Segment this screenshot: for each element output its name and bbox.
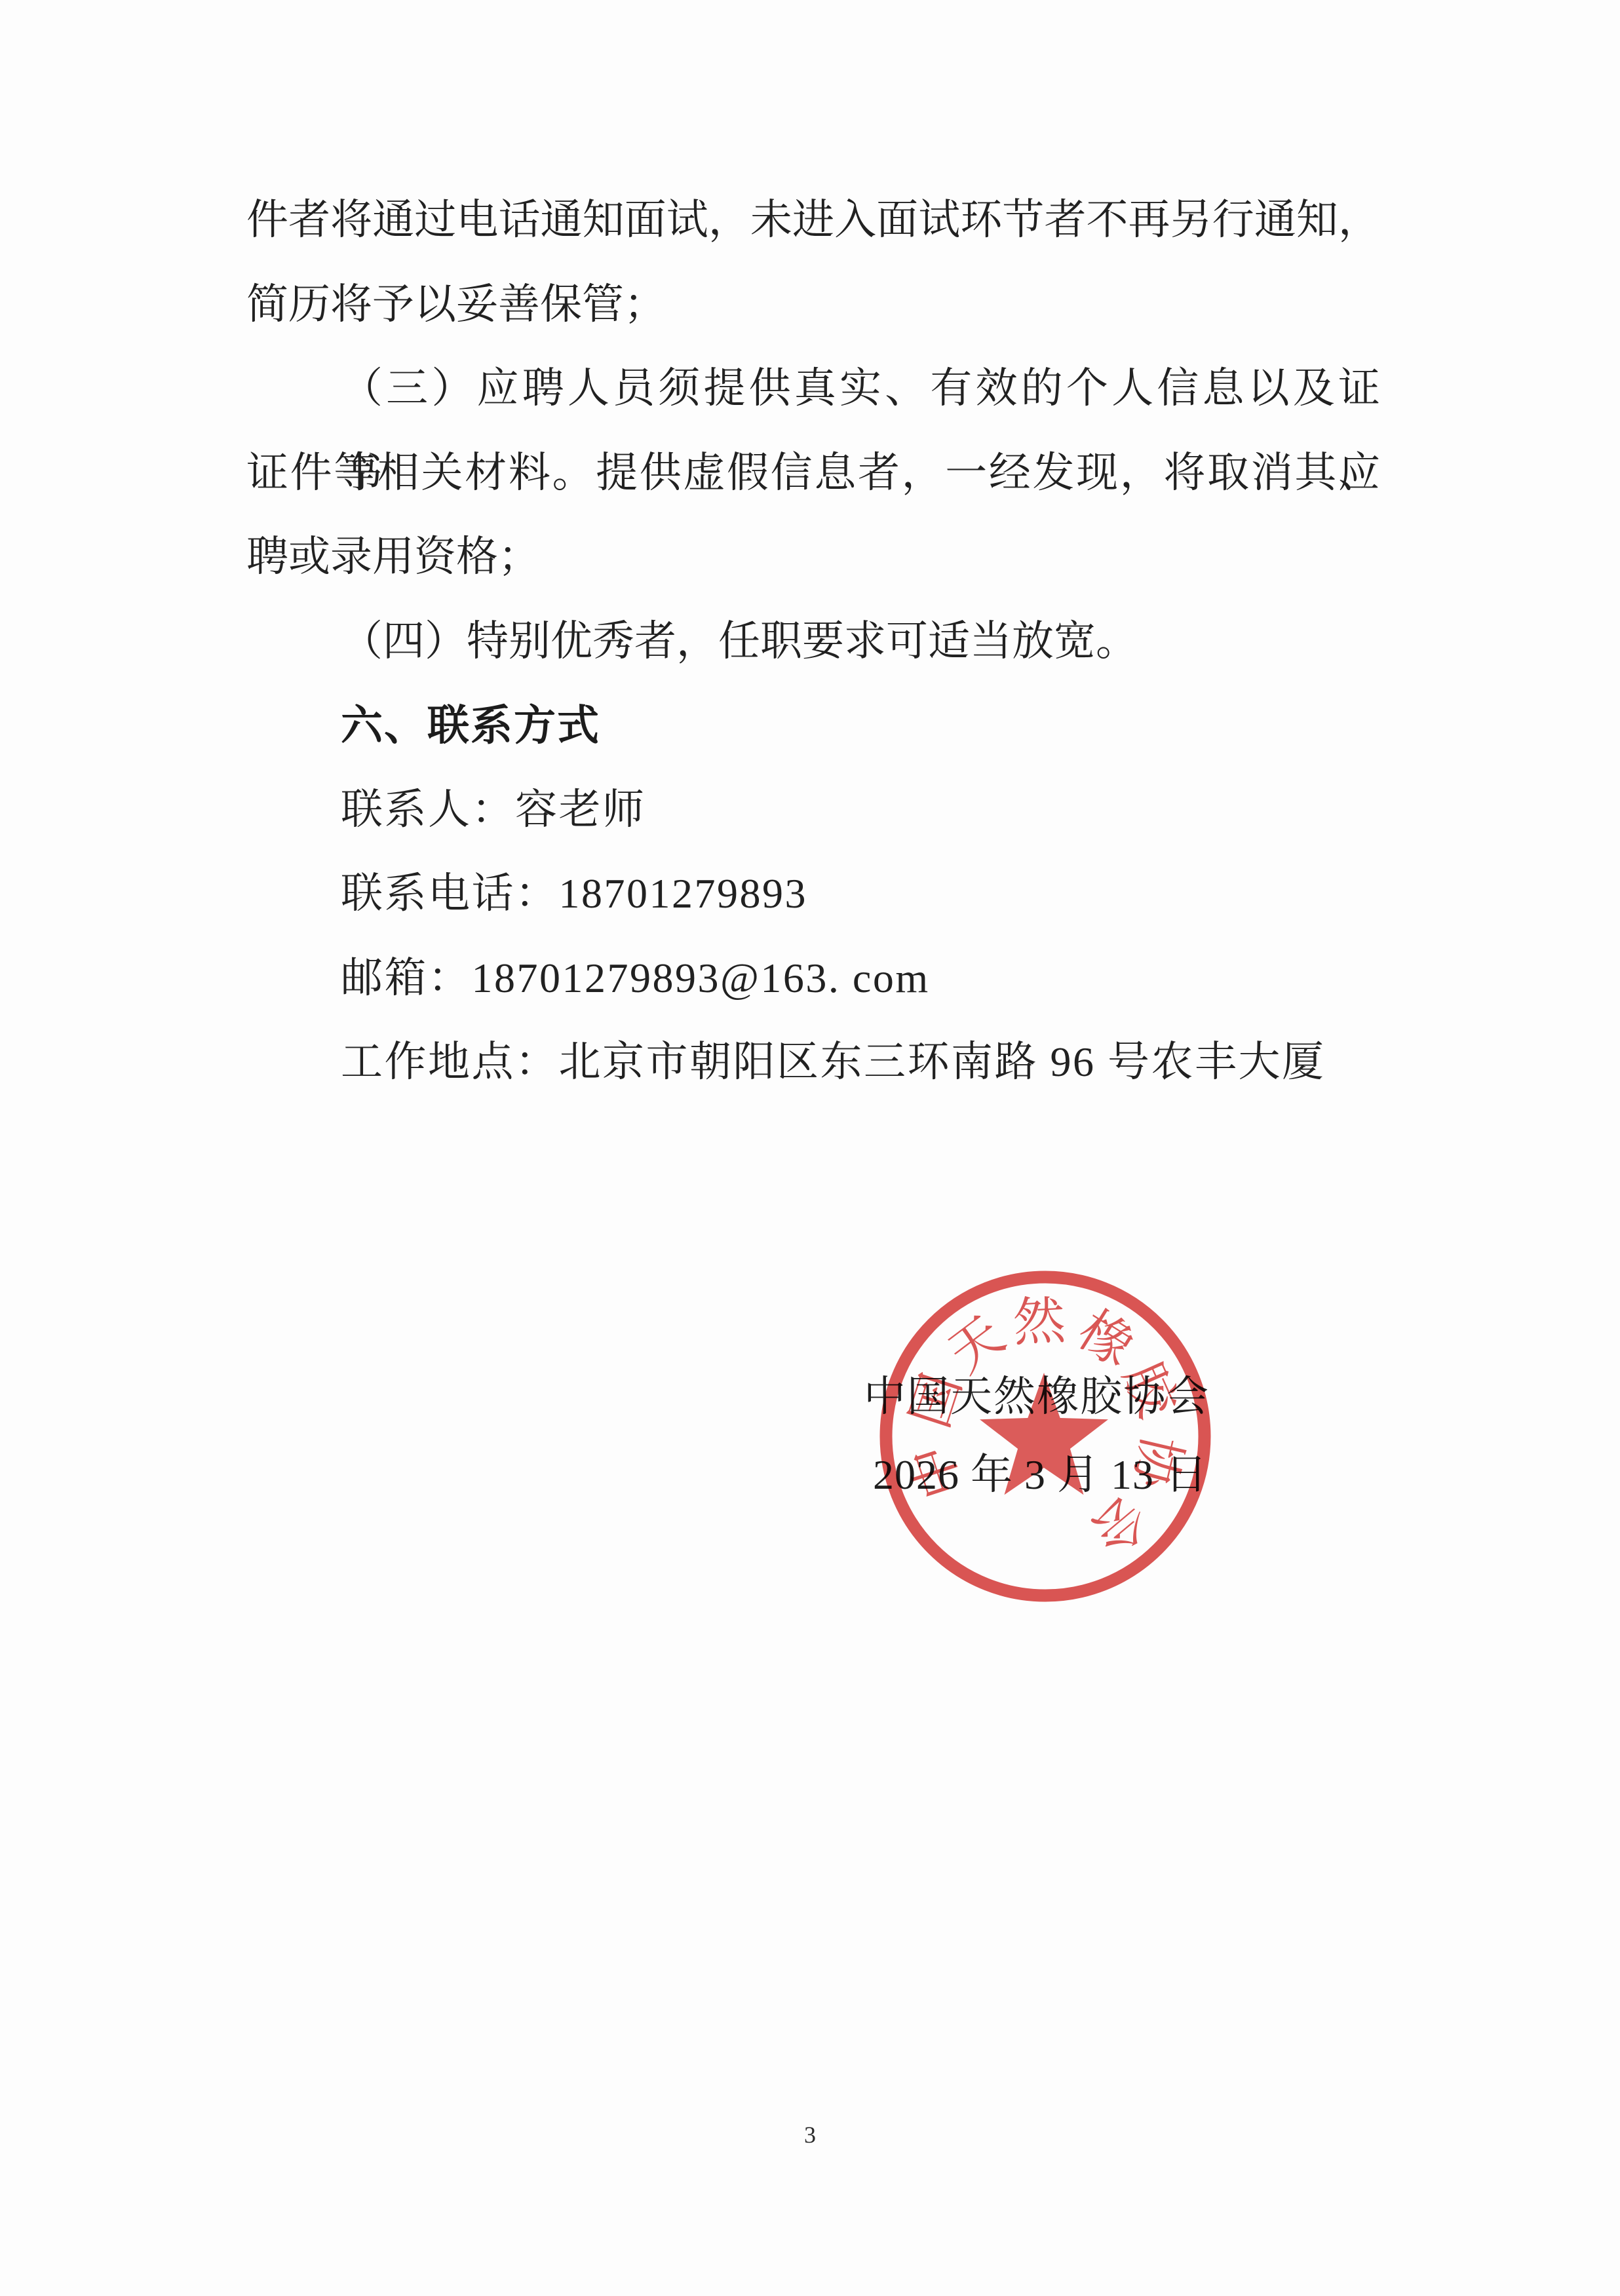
seal-arc-char: 中 [901, 1438, 972, 1505]
official-seal: 中 国 天 然 橡 胶 协 会 [822, 1214, 1268, 1659]
body-line: 件者将通过电话通知面试，未进入面试环节者不再另行通知， [246, 178, 1380, 263]
seal-arc-char: 协 [1122, 1430, 1190, 1496]
seal-arc-char: 然 [1012, 1292, 1068, 1352]
body-line-item-three: （三）应聘人员须提供真实、有效的个人信息以及证书、 [246, 347, 1380, 431]
seal-arc-char: 橡 [1068, 1301, 1143, 1378]
contact-person-line: 联系人：容老师 [246, 768, 1380, 852]
contact-address-line: 工作地点：北京市朝阳区东三环南路 96 号农丰大厦 [246, 1020, 1380, 1105]
section-heading-contact: 六、联系方式 [246, 683, 1380, 768]
seal-arc-char: 会 [1080, 1485, 1157, 1563]
document-page: 件者将通过电话通知面试，未进入面试环节者不再另行通知， 简历将予以妥善保管； （… [0, 0, 1620, 2296]
body-line: 简历将予以妥善保管； [246, 263, 1380, 347]
seal-arc-char: 胶 [1112, 1354, 1187, 1427]
body-line: 聘或录用资格； [246, 515, 1380, 600]
seal-arc-char: 国 [901, 1368, 972, 1435]
seal-arc-char: 天 [938, 1307, 1015, 1384]
contact-phone-line: 联系电话：18701279893 [246, 852, 1380, 936]
star-icon [980, 1373, 1108, 1495]
body-line: 证件等相关材料。提供虚假信息者，一经发现，将取消其应 [246, 431, 1380, 516]
body-text-block: 件者将通过电话通知面试，未进入面试环节者不再另行通知， 简历将予以妥善保管； （… [246, 178, 1380, 1105]
body-line-item-four: （四）特别优秀者，任职要求可适当放宽。 [246, 600, 1380, 684]
page-number: 3 [0, 2122, 1620, 2148]
contact-email-line: 邮箱：18701279893@163. com [246, 936, 1380, 1021]
